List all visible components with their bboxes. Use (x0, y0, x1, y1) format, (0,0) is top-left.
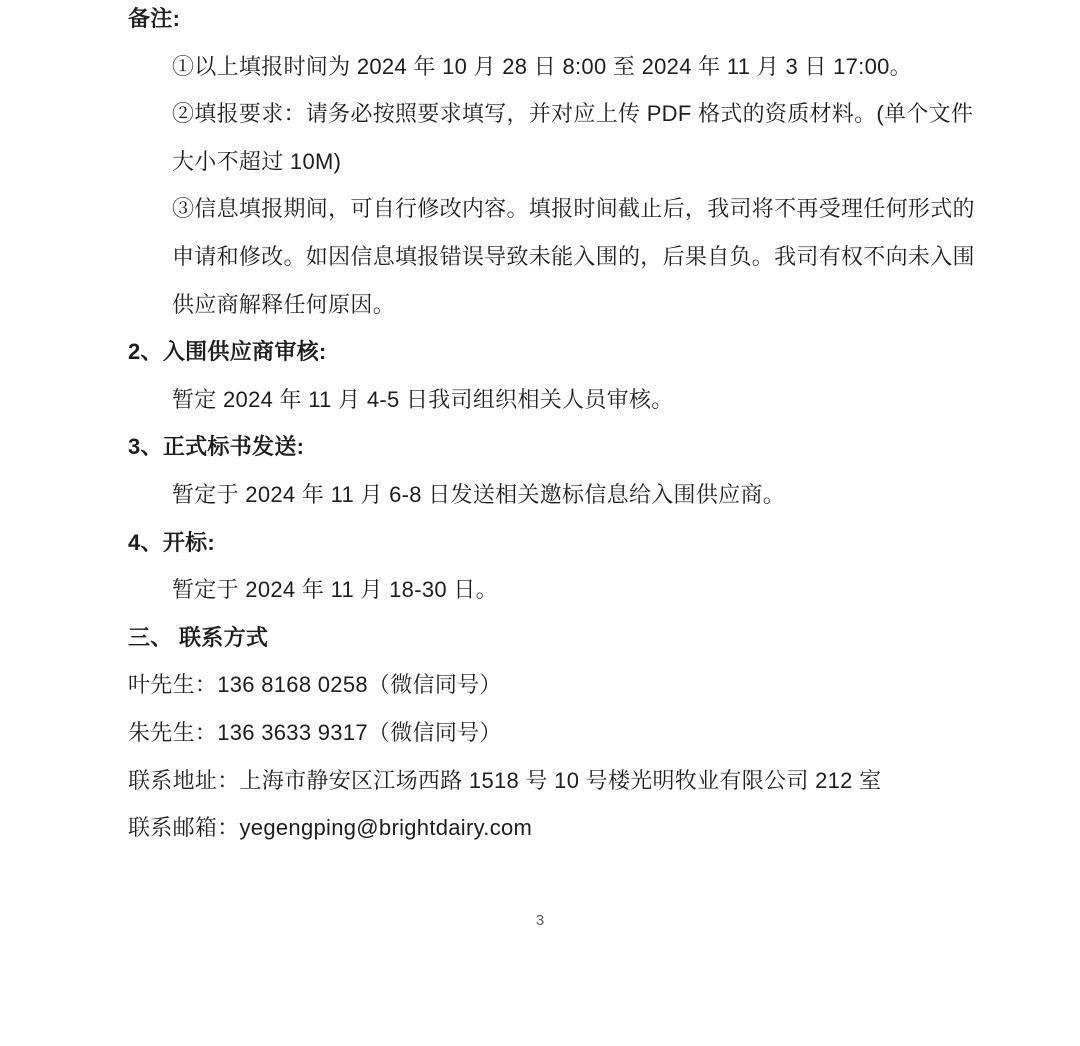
section-2-heading: 2、入围供应商审核: (128, 328, 978, 376)
note-item-2-continuation: 大小不超过 10M) (128, 138, 978, 186)
note-item-1: ①以上填报时间为 2024 年 10 月 28 日 8:00 至 2024 年 … (128, 43, 978, 91)
contact-phone-zhu: 朱先生：136 3633 9317（微信同号） (128, 709, 978, 757)
document-body: 备注: ①以上填报时间为 2024 年 10 月 28 日 8:00 至 202… (128, 0, 978, 852)
note-item-3-continuation-1: 申请和修改。如因信息填报错误导致未能入围的，后果自负。我司有权不向未入围 (128, 233, 978, 281)
section-3-heading: 3、正式标书发送: (128, 423, 978, 471)
section-3-body: 暂定于 2024 年 11 月 6-8 日发送相关邀标信息给入围供应商。 (128, 471, 978, 519)
document-page: 备注: ①以上填报时间为 2024 年 10 月 28 日 8:00 至 202… (0, 0, 1080, 1046)
contact-section-heading: 三、 联系方式 (128, 614, 978, 662)
contact-email: 联系邮箱：yegengping@brightdairy.com (128, 804, 978, 852)
section-4-body: 暂定于 2024 年 11 月 18-30 日。 (128, 566, 978, 614)
note-item-3-continuation-2: 供应商解释任何原因。 (128, 281, 978, 329)
notes-heading: 备注: (128, 0, 978, 43)
section-2-body: 暂定 2024 年 11 月 4-5 日我司组织相关人员审核。 (128, 376, 978, 424)
note-item-2: ②填报要求：请务必按照要求填写，并对应上传 PDF 格式的资质材料。(单个文件 (128, 90, 978, 138)
note-item-3: ③信息填报期间，可自行修改内容。填报时间截止后，我司将不再受理任何形式的 (128, 185, 978, 233)
page-number: 3 (0, 912, 1080, 929)
contact-phone-ye: 叶先生：136 8168 0258（微信同号） (128, 661, 978, 709)
section-4-heading: 4、开标: (128, 519, 978, 567)
contact-address: 联系地址：上海市静安区江场西路 1518 号 10 号楼光明牧业有限公司 212… (128, 757, 978, 805)
